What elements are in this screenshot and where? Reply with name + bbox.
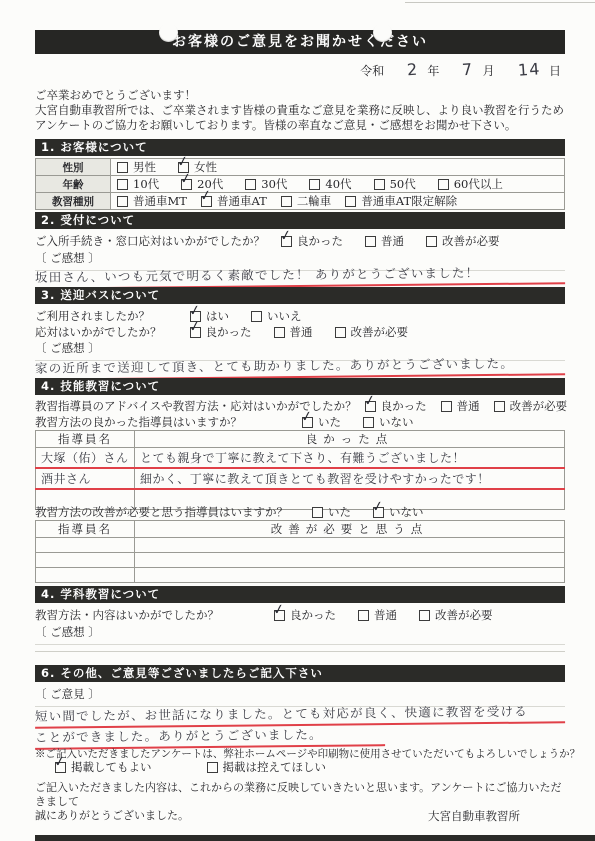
comment-cell[interactable] xyxy=(135,553,565,568)
section1-table: 性別 ✓男性 ✓女性 年齢 ✓10代 ✓20代 ✓30代 ✓40代 ✓50代 ✓… xyxy=(35,158,565,210)
comment-cell[interactable] xyxy=(135,538,565,553)
checkbox-option[interactable]: ✓普通車MT xyxy=(117,193,187,209)
instructor-name-cell[interactable] xyxy=(36,538,135,553)
questionnaire-page: お客様のご意見をお聞かせください 令和 2 年 7 月 14 日 ご卒業おめでと… xyxy=(0,0,595,841)
section2-header: 2. 受付について xyxy=(35,212,565,229)
section6-header: 6. その他、ご意見等ございましたらご記入下さい xyxy=(35,665,565,682)
checkbox-option[interactable]: ✓良かった xyxy=(190,324,252,340)
checkbox[interactable]: ✓ xyxy=(438,179,449,190)
publish-options: ✓掲載してもよい ✓掲載は控えてほしい xyxy=(35,759,565,775)
checkbox[interactable]: ✓ xyxy=(441,401,452,412)
checkbox[interactable]: ✓ xyxy=(251,311,262,322)
checkbox-label: 普通車AT xyxy=(217,193,267,209)
checkbox-label: いない xyxy=(389,504,424,520)
punch-hole xyxy=(159,23,178,42)
checkbox[interactable]: ✓ xyxy=(373,507,384,518)
checkbox-label: 普通 xyxy=(381,233,404,249)
checkbox[interactable]: ✓ xyxy=(274,327,285,338)
checkbox-label: 普通 xyxy=(290,324,313,340)
checkbox-label: 普通 xyxy=(457,398,480,414)
section4-question2: 教習方法の良かった指導員はいますか？ ✓いた ✓いない xyxy=(35,414,565,430)
check-mark: ✓ xyxy=(187,318,201,336)
column-header-name: 指導員名 xyxy=(36,431,135,448)
question-text: 教習方法の良かった指導員はいますか？ xyxy=(35,414,242,430)
section3-question1: ご利用されましたか？ ✓はい ✓いいえ xyxy=(35,308,565,324)
row-label: 年齢 xyxy=(36,176,111,193)
checkbox-label: はい xyxy=(206,308,229,324)
checkbox-label: 良かった xyxy=(206,324,252,340)
checkbox-option[interactable]: ✓改善が必要 xyxy=(419,607,493,623)
intro-line: アンケートのご協力をお願いしております。皆様の率直なご意見・ご感想をお聞かせ下さ… xyxy=(35,118,565,133)
checkbox-option[interactable]: ✓二輪車 xyxy=(281,193,332,209)
instructor-name-cell[interactable]: 大塚（佑）さん xyxy=(36,448,135,469)
section5-header: 4. 学科教習について xyxy=(35,586,565,603)
checkbox-label: 二輪車 xyxy=(297,193,332,209)
column-header-point: 改善が必要と思う点 xyxy=(135,521,565,538)
instructor-name-cell[interactable] xyxy=(36,568,135,583)
checkbox-option[interactable]: ✓改善が必要 xyxy=(494,398,568,414)
scan-artifact-line xyxy=(405,2,595,3)
checkbox[interactable]: ✓ xyxy=(190,327,201,338)
checkbox-label: 30代 xyxy=(261,176,287,192)
checkbox-label: 改善が必要 xyxy=(442,233,500,249)
checkbox[interactable]: ✓ xyxy=(207,762,218,773)
checkbox-option[interactable]: ✓改善が必要 xyxy=(426,233,500,249)
checkbox-option[interactable]: ✓いた xyxy=(312,504,351,520)
checkbox-option[interactable]: ✓掲載してもよい xyxy=(55,759,152,775)
year-value[interactable]: 2 xyxy=(407,60,419,80)
bottom-bar xyxy=(35,835,595,841)
checkbox[interactable]: ✓ xyxy=(494,401,505,412)
checkbox[interactable]: ✓ xyxy=(365,236,376,247)
check-mark: ✓ xyxy=(279,227,293,245)
check-mark: ✓ xyxy=(272,601,286,619)
intro-line: 大宮自動車教習所では、ご卒業されます皆様の貴重なご意見を業務に反映し、より良い教… xyxy=(35,103,565,118)
section5-question: 教習方法・内容はいかがでしたか？ ✓良かった ✓普通 ✓改善が必要 xyxy=(35,607,565,623)
table-row: 酒井さん 細かく、丁寧に教えて頂きとても教習を受けやすかったです！ xyxy=(36,468,565,489)
handwritten-comment[interactable]: 家の近所まで送迎して頂き、とても助かりました。ありがとうございました。 xyxy=(35,353,565,381)
checkbox-label: いた xyxy=(318,414,341,430)
checkbox-option[interactable]: ✓40代 xyxy=(309,176,351,192)
checkbox-option[interactable]: ✓いない xyxy=(363,414,414,430)
intro-line: ご卒業おめでとうございます！ xyxy=(35,88,565,103)
table-header-row: 指導員名 良かった点 xyxy=(36,431,565,448)
checkbox-option[interactable]: ✓掲載は控えてほしい xyxy=(207,759,327,775)
checkbox-label: 女性 xyxy=(194,159,217,175)
checkbox-option[interactable]: ✓普通車AT xyxy=(201,193,267,209)
checkbox-label: いない xyxy=(379,414,414,430)
closing-line: ご記入いただきました内容は、これからの業務に反映していきたいと思います。アンケー… xyxy=(35,781,565,809)
section2-question: ご入所手続き・窓口応対はいかがでしたか？ ✓良かった ✓普通 ✓改善が必要 xyxy=(35,233,565,249)
checkbox[interactable]: ✓ xyxy=(201,196,212,207)
table-row xyxy=(36,538,565,553)
checkbox-option[interactable]: ✓普通 xyxy=(358,607,397,623)
comment-cell[interactable]: 細かく、丁寧に教えて頂きとても教習を受けやすかったです！ xyxy=(135,468,565,489)
checkbox-option[interactable]: ✓良かった xyxy=(365,398,427,414)
checkbox[interactable]: ✓ xyxy=(302,417,313,428)
checkbox-label: 掲載してもよい xyxy=(71,759,152,775)
checkbox-option[interactable]: ✓普通車AT限定解除 xyxy=(345,193,457,209)
checkbox-label: 男性 xyxy=(133,159,156,175)
checkbox-option[interactable]: ✓いいえ xyxy=(251,308,302,324)
checkbox[interactable]: ✓ xyxy=(281,236,292,247)
section3-header: 3. 送迎バスについて xyxy=(35,287,565,304)
question-text: ご入所手続き・窓口応対はいかがでしたか？ xyxy=(35,233,265,249)
date-line: 令和 2 年 7 月 14 日 xyxy=(35,60,565,79)
checkbox[interactable]: ✓ xyxy=(358,610,369,621)
era-label: 令和 xyxy=(360,62,384,79)
row-label: 教習種別 xyxy=(36,193,111,210)
checkbox[interactable]: ✓ xyxy=(55,762,66,773)
day-unit: 日 xyxy=(549,62,561,79)
column-header-point: 良かった点 xyxy=(135,431,565,448)
checkbox-label: 改善が必要 xyxy=(435,607,493,623)
punch-hole xyxy=(373,23,392,42)
checkbox-option[interactable]: ✓普通 xyxy=(274,324,313,340)
question-text: ご利用されましたか？ xyxy=(35,308,150,324)
checkbox-label: 40代 xyxy=(325,176,351,192)
checkbox[interactable]: ✓ xyxy=(117,179,128,190)
checkbox-label: いいえ xyxy=(267,308,302,324)
intro-paragraph: ご卒業おめでとうございます！ 大宮自動車教習所では、ご卒業されます皆様の貴重なご… xyxy=(35,88,565,133)
checkbox[interactable]: ✓ xyxy=(419,610,430,621)
checkbox-label: 良かった xyxy=(290,607,336,623)
checkbox-option[interactable]: ✓良かった xyxy=(274,607,336,623)
checkbox-label: 掲載は控えてほしい xyxy=(223,759,327,775)
checkbox-option[interactable]: ✓良かった xyxy=(281,233,343,249)
instructor-name-cell[interactable]: 酒井さん xyxy=(36,468,135,489)
checkbox-option[interactable]: ✓50代 xyxy=(374,176,416,192)
checkbox-label: 10代 xyxy=(133,176,159,192)
checkbox[interactable]: ✓ xyxy=(363,417,374,428)
improve-instructor-table: 指導員名 改善が必要と思う点 xyxy=(35,520,565,583)
month-unit: 月 xyxy=(483,62,495,79)
checkbox[interactable]: ✓ xyxy=(245,179,256,190)
checkbox[interactable]: ✓ xyxy=(274,610,285,621)
checkbox-label: 普通車AT限定解除 xyxy=(361,193,457,209)
checkbox[interactable]: ✓ xyxy=(309,179,320,190)
checkbox[interactable]: ✓ xyxy=(374,179,385,190)
checkbox[interactable]: ✓ xyxy=(345,196,356,207)
checkbox-option[interactable]: ✓60代以上 xyxy=(438,176,503,192)
checkbox-option[interactable]: ✓男性 xyxy=(117,159,156,175)
table-row: 教習種別 ✓普通車MT ✓普通車AT ✓二輪車 ✓普通車AT限定解除 xyxy=(36,193,565,210)
handwritten-comment[interactable]: 坂田さん、いつも元気で明るく素敵でした！ ありがとうございました！ xyxy=(35,262,565,290)
day-value[interactable]: 14 xyxy=(517,59,541,80)
column-header-name: 指導員名 xyxy=(36,521,135,538)
table-row: 性別 ✓男性 ✓女性 xyxy=(36,159,565,176)
month-value[interactable]: 7 xyxy=(462,60,474,80)
comment-field-label: 〔 ご感想 〕 xyxy=(35,624,565,645)
checkbox-label: 改善が必要 xyxy=(510,398,568,414)
table-row xyxy=(36,553,565,568)
checkbox-label: 普通 xyxy=(374,607,397,623)
checkbox-option[interactable]: ✓改善が必要 xyxy=(335,324,409,340)
checkbox-label: 60代以上 xyxy=(454,176,503,192)
school-signature: 大宮自動車教習所 xyxy=(35,808,565,824)
checkbox-option[interactable]: ✓普通 xyxy=(441,398,480,414)
table-row: 大塚（佑）さん とても親身で丁寧に教えて下さり、有難うございました！ xyxy=(36,448,565,469)
checkbox-label: 良かった xyxy=(297,233,343,249)
empty-comment-line[interactable] xyxy=(35,650,565,652)
checkbox[interactable]: ✓ xyxy=(335,327,346,338)
checkbox-label: 50代 xyxy=(390,176,416,192)
row-label: 性別 xyxy=(36,159,111,176)
question-text: 教習方法の改善が必要と思う指導員はいますか？ xyxy=(35,504,288,520)
check-mark: ✓ xyxy=(362,392,376,410)
checkbox-option[interactable]: ✓30代 xyxy=(245,176,287,192)
comment-cell[interactable]: とても親身で丁寧に教えて下さり、有難うございました！ xyxy=(135,448,565,469)
checkbox[interactable]: ✓ xyxy=(312,507,323,518)
section4-question3: 教習方法の改善が必要と思う指導員はいますか？ ✓いた ✓いない xyxy=(35,504,565,520)
checkbox[interactable]: ✓ xyxy=(117,196,128,207)
check-mark: ✓ xyxy=(188,302,202,320)
checkbox-label: いた xyxy=(328,504,351,520)
table-row xyxy=(36,568,565,583)
good-instructor-table: 指導員名 良かった点 大塚（佑）さん とても親身で丁寧に教えて下さり、有難うござ… xyxy=(35,430,565,510)
instructor-name-cell[interactable] xyxy=(36,553,135,568)
section3-question2: 応対はいかがでしたか？ ✓良かった ✓普通 ✓改善が必要 xyxy=(35,324,565,340)
checkbox[interactable]: ✓ xyxy=(117,162,128,173)
checkbox-label: 良かった xyxy=(381,398,427,414)
checkbox[interactable]: ✓ xyxy=(365,401,376,412)
comment-cell[interactable] xyxy=(135,568,565,583)
checkbox-option[interactable]: ✓いた xyxy=(302,414,341,430)
section1-header: 1. お客様について xyxy=(35,139,565,156)
title-banner: お客様のご意見をお聞かせください xyxy=(35,30,565,54)
checkbox-option[interactable]: ✓10代 xyxy=(117,176,159,192)
checkbox[interactable]: ✓ xyxy=(181,179,192,190)
checkbox-option[interactable]: ✓普通 xyxy=(365,233,404,249)
question-text: 教習方法・内容はいかがでしたか？ xyxy=(35,607,219,623)
checkbox[interactable]: ✓ xyxy=(281,196,292,207)
year-unit: 年 xyxy=(427,62,439,79)
question-text: 応対はいかがでしたか？ xyxy=(35,324,162,340)
checkbox-option[interactable]: ✓いない xyxy=(373,504,424,520)
checkbox-label: 普通車MT xyxy=(133,193,187,209)
checkbox[interactable]: ✓ xyxy=(426,236,437,247)
checkbox-label: 改善が必要 xyxy=(351,324,409,340)
table-header-row: 指導員名 改善が必要と思う点 xyxy=(36,521,565,538)
table-row: 年齢 ✓10代 ✓20代 ✓30代 ✓40代 ✓50代 ✓60代以上 xyxy=(36,176,565,193)
section4-header: 4. 技能教習について xyxy=(35,378,565,395)
